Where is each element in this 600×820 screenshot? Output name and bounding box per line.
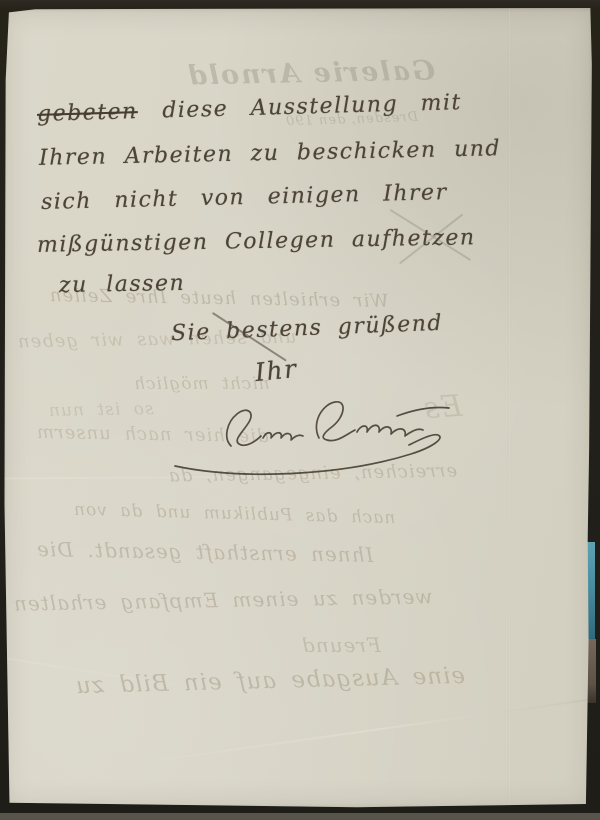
signature-word-2-stroke [316, 402, 355, 441]
bleedthrough-line: so ist nun [48, 399, 154, 421]
bleedthrough-line: Ihnen ernsthaft gesandt. Die [36, 537, 374, 567]
signature-underline-sweep [175, 435, 440, 475]
fold-crease-diagonal [153, 696, 600, 762]
photograph-background: Galerie Arnold Dresden, den 190 Wir erhi… [0, 0, 600, 820]
bleedthrough-letterhead: Galerie Arnold [186, 55, 436, 91]
signature-flourish [161, 388, 476, 483]
closing-pronoun: Ihr [254, 354, 299, 387]
handwriting-line-2: Ihren Arbeiten zu beschicken und [39, 136, 501, 171]
bleedthrough-line: Freund [301, 633, 381, 657]
signature-tcross-stroke [397, 407, 449, 416]
struck-word: gebeten [37, 99, 138, 127]
fold-crease-vertical [508, 8, 511, 808]
bleedthrough-line: nach das Publikum und da von [73, 500, 396, 528]
handwriting-line-5: zu lassen [59, 271, 186, 298]
signature-word-1-stroke [263, 433, 303, 440]
letter-paper: Galerie Arnold Dresden, den 190 Wir erhi… [3, 8, 593, 808]
closing-salutation: Sie bestens grüßend [171, 311, 444, 346]
bleedthrough-line: werden zu einem Empfang erhalten [13, 584, 433, 615]
signature-word-2-stroke [357, 425, 423, 436]
signature-word-1-stroke [227, 410, 261, 446]
bleedthrough-line: eine Ausgabe auf ein Bild zu [75, 663, 466, 699]
